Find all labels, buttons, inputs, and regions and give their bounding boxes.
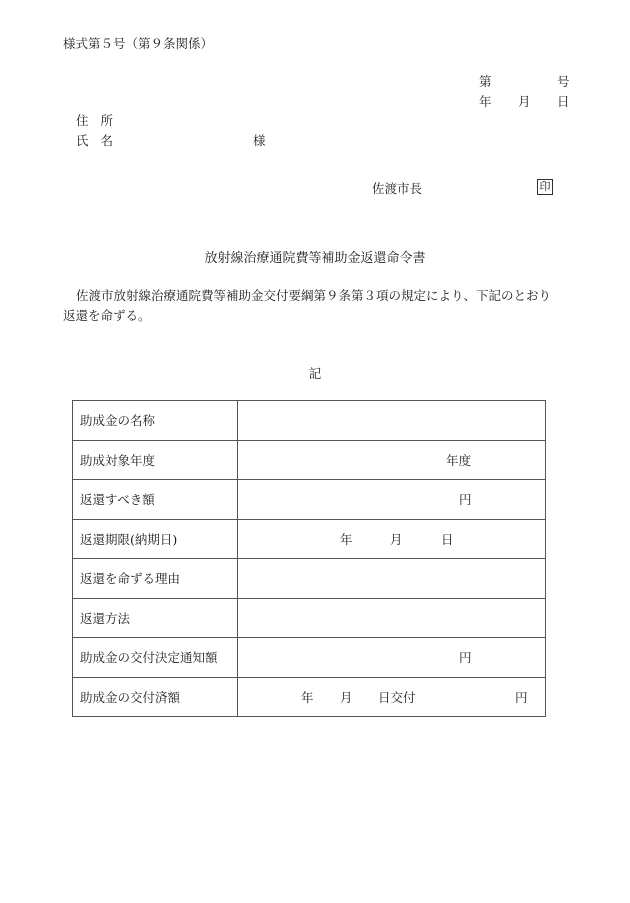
decision-notice-amount-field: 円 <box>238 638 546 678</box>
recipient-honorific: 様 <box>253 131 266 149</box>
row-label: 返還期限(納期日) <box>73 519 238 559</box>
refund-details-table: 助成金の名称 助成対象年度 年度 返還すべき額 円 返還期限(納期日) 年 月 … <box>72 400 546 717</box>
issue-date-year: 年 <box>479 92 492 110</box>
issuer-title: 佐渡市長 <box>372 179 422 197</box>
yen-unit: 円 <box>459 648 472 666</box>
document-title: 放射線治療通院費等補助金返還命令書 <box>0 247 630 266</box>
recipient-name-label: 氏名 <box>76 131 125 149</box>
table-row: 助成対象年度 年度 <box>73 440 546 480</box>
document-number-prefix: 第 <box>479 72 492 90</box>
refund-reason-field <box>238 559 546 599</box>
yen-unit: 円 <box>459 490 472 508</box>
row-label: 助成金の交付済額 <box>73 677 238 717</box>
row-label: 助成対象年度 <box>73 440 238 480</box>
refund-amount-field: 円 <box>238 480 546 520</box>
deadline-day-unit: 日 <box>441 530 454 548</box>
row-label: 助成金の名称 <box>73 401 238 441</box>
document-number-suffix: 号 <box>557 72 570 90</box>
row-label: 助成金の交付決定通知額 <box>73 638 238 678</box>
table-row: 助成金の交付決定通知額 円 <box>73 638 546 678</box>
row-label: 返還を命ずる理由 <box>73 559 238 599</box>
fiscal-year-unit: 年度 <box>446 451 471 469</box>
paid-month-unit: 月 <box>340 688 353 706</box>
grant-name-field <box>238 401 546 441</box>
refund-method-field <box>238 598 546 638</box>
paid-day-unit: 日交付 <box>378 688 416 706</box>
paid-year-unit: 年 <box>301 688 314 706</box>
table-row: 助成金の交付済額 年 月 日交付 円 <box>73 677 546 717</box>
paid-amount-field: 年 月 日交付 円 <box>238 677 546 717</box>
ki-heading: 記 <box>0 364 630 382</box>
row-label: 返還方法 <box>73 598 238 638</box>
refund-deadline-field: 年 月 日 <box>238 519 546 559</box>
issue-date-month: 月 <box>518 92 531 110</box>
recipient-address-label: 住所 <box>76 111 125 129</box>
deadline-month-unit: 月 <box>390 530 403 548</box>
document-body: 佐渡市放射線治療通院費等補助金交付要綱第９条第３項の規定により、下記のとおり返還… <box>63 286 563 326</box>
yen-unit: 円 <box>515 688 528 706</box>
table-row: 返還方法 <box>73 598 546 638</box>
table-row: 返還すべき額 円 <box>73 480 546 520</box>
table-row: 返還を命ずる理由 <box>73 559 546 599</box>
target-fiscal-year-field: 年度 <box>238 440 546 480</box>
issue-date-day: 日 <box>557 92 570 110</box>
table-row: 返還期限(納期日) 年 月 日 <box>73 519 546 559</box>
seal-icon: 印 <box>537 179 553 195</box>
row-label: 返還すべき額 <box>73 480 238 520</box>
deadline-year-unit: 年 <box>340 530 353 548</box>
table-row: 助成金の名称 <box>73 401 546 441</box>
form-number: 様式第５号（第９条関係） <box>63 34 213 52</box>
